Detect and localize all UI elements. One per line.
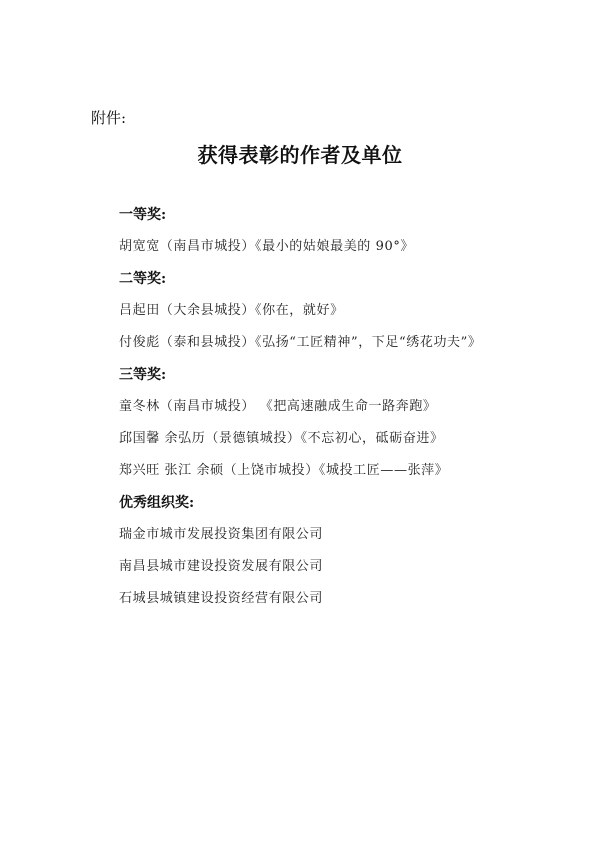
list-item: 吕起田（大余县城投）《你在，就好》 — [119, 301, 559, 333]
list-item: 胡宽宽（南昌市城投）《最小的姑娘最美的 90°》 — [119, 237, 559, 269]
page-title: 获得表彰的作者及单位 — [0, 142, 600, 168]
list-item: 付俊彪（泰和县城投）《弘扬“工匠精神”，下足“绣花功夫”》 — [119, 333, 559, 365]
list-item: 邱国馨 余弘历（景德镇城投）《不忘初心，砥砺奋进》 — [119, 429, 559, 461]
section-heading-third-prize: 三等奖: — [119, 365, 559, 397]
awards-list: 一等奖: 胡宽宽（南昌市城投）《最小的姑娘最美的 90°》 二等奖: 吕起田（大… — [119, 205, 559, 621]
document-page: 附件: 获得表彰的作者及单位 一等奖: 胡宽宽（南昌市城投）《最小的姑娘最美的 … — [0, 0, 600, 848]
list-item: 童冬林（南昌市城投） 《把高速融成生命一路奔跑》 — [119, 397, 559, 429]
section-heading-organization-award: 优秀组织奖: — [119, 493, 559, 525]
list-item: 瑞金市城市发展投资集团有限公司 — [119, 525, 559, 557]
list-item: 郑兴旺 张江 余硕（上饶市城投）《城投工匠——张萍》 — [119, 461, 559, 493]
list-item: 南昌县城市建设投资发展有限公司 — [119, 557, 559, 589]
attachment-label: 附件: — [91, 108, 126, 128]
section-heading-second-prize: 二等奖: — [119, 269, 559, 301]
list-item: 石城县城镇建设投资经营有限公司 — [119, 589, 559, 621]
section-heading-first-prize: 一等奖: — [119, 205, 559, 237]
